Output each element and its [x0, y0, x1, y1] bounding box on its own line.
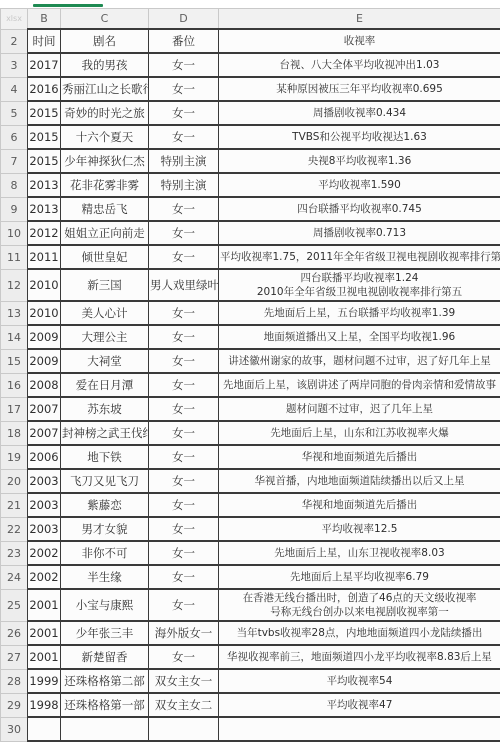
cell-drama-title[interactable]: 花非花雾非雾: [61, 173, 149, 197]
row-number-cell[interactable]: 13: [1, 301, 28, 325]
selection-indicator-bar: [33, 4, 103, 7]
table-row: 7 2015 少年神探狄仁杰 特别主演 央视8平均收视率1.36: [1, 149, 500, 173]
table-row: 15 2009 大祠堂 女一 讲述徽州谢家的故事，题材问题不过审，迟了好几年上星: [1, 349, 500, 373]
cell-billing[interactable]: 女一: [149, 541, 219, 565]
cell-year[interactable]: 2013: [28, 197, 61, 221]
cell-year[interactable]: 1999: [28, 669, 61, 693]
cell-billing[interactable]: 番位: [149, 29, 219, 53]
cell-ratings[interactable]: 平均收视率54: [219, 669, 500, 693]
cell-drama-title[interactable]: 苏东坡: [61, 397, 149, 421]
column-header-b[interactable]: B: [28, 9, 61, 30]
cell-ratings[interactable]: TVBS和公视平均收视达1.63: [219, 125, 500, 149]
row-number-cell[interactable]: 5: [1, 101, 28, 125]
row-number-cell[interactable]: 27: [1, 645, 28, 669]
cell-ratings[interactable]: 四台联播平均收视率0.745: [219, 197, 500, 221]
cell-ratings[interactable]: 题材问题不过审，迟了几年上星: [219, 397, 500, 421]
row-number-cell[interactable]: 14: [1, 325, 28, 349]
cell-billing[interactable]: 女一: [149, 397, 219, 421]
cell-year[interactable]: 2003: [28, 469, 61, 493]
cell-drama-title[interactable]: 美人心计: [61, 301, 149, 325]
table-row: 24 2002 半生缘 女一 先地面后上星平均收视率6.79: [1, 565, 500, 589]
cell-billing[interactable]: 女一: [149, 301, 219, 325]
cell-drama-title[interactable]: 地下铁: [61, 445, 149, 469]
table-row: 20 2003 飞刀又见飞刀 女一 华视首播，内地地面频道陆续播出以后又上星: [1, 469, 500, 493]
cell-year[interactable]: 2017: [28, 53, 61, 77]
cell-year[interactable]: 2002: [28, 565, 61, 589]
cell-billing[interactable]: 女一: [149, 221, 219, 245]
row-number-cell[interactable]: 22: [1, 517, 28, 541]
cell-billing[interactable]: 女一: [149, 125, 219, 149]
cell-drama-title[interactable]: 奇妙的时光之旅: [61, 101, 149, 125]
cell-year[interactable]: 1998: [28, 693, 61, 717]
cell-billing[interactable]: 双女主女二: [149, 693, 219, 717]
row-number-cell[interactable]: 12: [1, 269, 28, 301]
cell-year[interactable]: 2007: [28, 421, 61, 445]
column-header-d[interactable]: D: [149, 9, 219, 30]
cell-year[interactable]: 2013: [28, 173, 61, 197]
table-row: 18 2007 封神榜之武王伐纣 女一 先地面后上星，山东和江苏收视率火爆: [1, 421, 500, 445]
cell-ratings[interactable]: 讲述徽州谢家的故事，题材问题不过审，迟了好几年上星: [219, 349, 500, 373]
cell-billing[interactable]: [149, 717, 219, 741]
cell-drama-title[interactable]: 十六个夏天: [61, 125, 149, 149]
row-number-cell[interactable]: 7: [1, 149, 28, 173]
cell-drama-title[interactable]: 男才女貌: [61, 517, 149, 541]
cell-ratings[interactable]: 收视率: [219, 29, 500, 53]
cell-drama-title[interactable]: 少年张三丰: [61, 621, 149, 645]
table-row: 16 2008 爱在日月潭 女一 先地面后上星，该剧讲述了两岸同胞的骨肉亲情和爱…: [1, 373, 500, 397]
cell-billing[interactable]: 女一: [149, 245, 219, 269]
cell-billing[interactable]: 女一: [149, 325, 219, 349]
row-number-cell[interactable]: 26: [1, 621, 28, 645]
cell-year[interactable]: [28, 717, 61, 741]
cell-year[interactable]: 2012: [28, 221, 61, 245]
cell-year[interactable]: 2009: [28, 349, 61, 373]
table-row: 22 2003 男才女貌 女一 平均收视率12.5: [1, 517, 500, 541]
cell-ratings[interactable]: 平均收视率1.75，2011年全年省级卫视电视剧收视率排行第五: [219, 245, 500, 269]
column-header-row: xlsx B C D E: [1, 9, 500, 30]
cell-billing[interactable]: 女一: [149, 445, 219, 469]
cell-ratings[interactable]: 地面频道播出又上星，全国平均收视1.96: [219, 325, 500, 349]
column-header-e[interactable]: E: [219, 9, 500, 30]
cell-drama-title[interactable]: 小宝与康熙: [61, 589, 149, 621]
table-row: 11 2011 倾世皇妃 女一 平均收视率1.75，2011年全年省级卫视电视剧…: [1, 245, 500, 269]
cell-ratings[interactable]: 华视和地面频道先后播出: [219, 445, 500, 469]
cell-ratings[interactable]: 在香港无线台播出时，创造了46点的天文级收视率 号称无线台创办以来电视剧收视率第…: [219, 589, 500, 621]
row-number-cell[interactable]: 25: [1, 589, 28, 621]
cell-year[interactable]: 2009: [28, 325, 61, 349]
row-number-cell[interactable]: 9: [1, 197, 28, 221]
cell-ratings[interactable]: 四台联播平均收视率1.24 2010年全年省级卫视电视剧收视率排行第五: [219, 269, 500, 301]
row-number-cell[interactable]: 20: [1, 469, 28, 493]
cell-drama-title[interactable]: 倾世皇妃: [61, 245, 149, 269]
cell-billing[interactable]: 女一: [149, 565, 219, 589]
cell-ratings[interactable]: 华视首播，内地地面频道陆续播出以后又上星: [219, 469, 500, 493]
cell-drama-title[interactable]: 还珠格格第二部: [61, 669, 149, 693]
corner-cell[interactable]: xlsx: [1, 9, 28, 30]
cell-year[interactable]: 2003: [28, 493, 61, 517]
table-row: 25 2001 小宝与康熙 女一 在香港无线台播出时，创造了46点的天文级收视率…: [1, 589, 500, 621]
row-number-cell[interactable]: 23: [1, 541, 28, 565]
row-number-cell[interactable]: 4: [1, 77, 28, 101]
cell-drama-title[interactable]: 半生缘: [61, 565, 149, 589]
table-row: 6 2015 十六个夏天 女一 TVBS和公视平均收视达1.63: [1, 125, 500, 149]
table-row: 3 2017 我的男孩 女一 台视、八大全体平均收视冲出1.03: [1, 53, 500, 77]
cell-drama-title[interactable]: 爱在日月潭: [61, 373, 149, 397]
row-number-cell[interactable]: 18: [1, 421, 28, 445]
table-row: 14 2009 大理公主 女一 地面频道播出又上星，全国平均收视1.96: [1, 325, 500, 349]
cell-drama-title[interactable]: 姐姐立正向前走: [61, 221, 149, 245]
row-number-cell[interactable]: 15: [1, 349, 28, 373]
table-row: 29 1998 还珠格格第一部 双女主女二 平均收视率47: [1, 693, 500, 717]
cell-ratings[interactable]: [219, 717, 500, 741]
cell-billing[interactable]: 女一: [149, 349, 219, 373]
cell-billing[interactable]: 女一: [149, 373, 219, 397]
cell-year[interactable]: 2007: [28, 397, 61, 421]
cell-ratings[interactable]: 先地面后上星，五台联播平均收视率1.39: [219, 301, 500, 325]
table-row: 23 2002 非你不可 女一 先地面后上星，山东卫视收视率8.03: [1, 541, 500, 565]
cell-ratings[interactable]: 周播剧收视率0.434: [219, 101, 500, 125]
cell-drama-title[interactable]: 少年神探狄仁杰: [61, 149, 149, 173]
cell-billing[interactable]: 女一: [149, 101, 219, 125]
cell-year[interactable]: 2002: [28, 541, 61, 565]
table-row: 19 2006 地下铁 女一 华视和地面频道先后播出: [1, 445, 500, 469]
cell-ratings[interactable]: 平均收视率47: [219, 693, 500, 717]
table-row: 28 1999 还珠格格第二部 双女主女一 平均收视率54: [1, 669, 500, 693]
row-number-cell[interactable]: 19: [1, 445, 28, 469]
column-header-c[interactable]: C: [61, 9, 149, 30]
cell-ratings[interactable]: 华视收视率前三，地面频道四小龙平均收视率8.83后上星: [219, 645, 500, 669]
cell-billing[interactable]: 女一: [149, 645, 219, 669]
cell-drama-title[interactable]: 剧名: [61, 29, 149, 53]
table-row: 2 时间 剧名 番位 收视率: [1, 29, 500, 53]
cell-drama-title[interactable]: 新三国: [61, 269, 149, 301]
cell-year[interactable]: 2001: [28, 621, 61, 645]
cell-year[interactable]: 2008: [28, 373, 61, 397]
cell-drama-title[interactable]: [61, 717, 149, 741]
row-number-cell[interactable]: 16: [1, 373, 28, 397]
cell-billing[interactable]: 女一: [149, 197, 219, 221]
cell-year[interactable]: 2010: [28, 301, 61, 325]
row-number-cell[interactable]: 8: [1, 173, 28, 197]
cell-billing[interactable]: 女一: [149, 421, 219, 445]
table-row: 26 2001 少年张三丰 海外版女一 当年tvbs收视率28点，内地地面频道四…: [1, 621, 500, 645]
cell-billing[interactable]: 女一: [149, 469, 219, 493]
row-number-cell[interactable]: 10: [1, 221, 28, 245]
row-number-cell[interactable]: 6: [1, 125, 28, 149]
row-number-cell[interactable]: 24: [1, 565, 28, 589]
cell-ratings[interactable]: 先地面后上星平均收视率6.79: [219, 565, 500, 589]
cell-year[interactable]: 2016: [28, 77, 61, 101]
cell-ratings[interactable]: 先地面后上星，该剧讲述了两岸同胞的骨肉亲情和爱情故事: [219, 373, 500, 397]
cell-drama-title[interactable]: 精忠岳飞: [61, 197, 149, 221]
cell-billing[interactable]: 女一: [149, 493, 219, 517]
table-row: 30: [1, 717, 500, 741]
cell-year[interactable]: 时间: [28, 29, 61, 53]
table-row: 9 2013 精忠岳飞 女一 四台联播平均收视率0.745: [1, 197, 500, 221]
cell-drama-title[interactable]: 大理公主: [61, 325, 149, 349]
cell-year[interactable]: 2006: [28, 445, 61, 469]
cell-ratings[interactable]: 台视、八大全体平均收视冲出1.03: [219, 53, 500, 77]
cell-billing[interactable]: 海外版女一: [149, 621, 219, 645]
row-number-cell[interactable]: 30: [1, 717, 28, 741]
cell-year[interactable]: 2015: [28, 101, 61, 125]
cell-ratings[interactable]: 华视和地面频道先后播出: [219, 493, 500, 517]
cell-drama-title[interactable]: 还珠格格第一部: [61, 693, 149, 717]
cell-billing[interactable]: 女一: [149, 77, 219, 101]
cell-billing[interactable]: 女一: [149, 589, 219, 621]
cell-ratings[interactable]: 平均收视率1.590: [219, 173, 500, 197]
cell-year[interactable]: 2001: [28, 645, 61, 669]
cell-billing[interactable]: 男人戏里绿叶: [149, 269, 219, 301]
table-row: 4 2016 秀丽江山之长歌行 女一 某种原因被压三年平均收视率0.695: [1, 77, 500, 101]
table-row: 5 2015 奇妙的时光之旅 女一 周播剧收视率0.434: [1, 101, 500, 125]
cell-year[interactable]: 2011: [28, 245, 61, 269]
table-row: 12 2010 新三国 男人戏里绿叶 四台联播平均收视率1.24 2010年全年…: [1, 269, 500, 301]
row-number-cell[interactable]: 2: [1, 29, 28, 53]
cell-billing[interactable]: 双女主女一: [149, 669, 219, 693]
cell-billing[interactable]: 特别主演: [149, 173, 219, 197]
cell-ratings[interactable]: 当年tvbs收视率28点，内地地面频道四小龙陆续播出: [219, 621, 500, 645]
table-row: 21 2003 紫藤恋 女一 华视和地面频道先后播出: [1, 493, 500, 517]
cell-drama-title[interactable]: 紫藤恋: [61, 493, 149, 517]
cell-ratings[interactable]: 某种原因被压三年平均收视率0.695: [219, 77, 500, 101]
cell-billing[interactable]: 特别主演: [149, 149, 219, 173]
row-number-cell[interactable]: 17: [1, 397, 28, 421]
cell-year[interactable]: 2010: [28, 269, 61, 301]
cell-ratings[interactable]: 周播剧收视率0.713: [219, 221, 500, 245]
cell-drama-title[interactable]: 封神榜之武王伐纣: [61, 421, 149, 445]
row-number-cell[interactable]: 3: [1, 53, 28, 77]
cell-ratings[interactable]: 央视8平均收视率1.36: [219, 149, 500, 173]
table-row: 8 2013 花非花雾非雾 特别主演 平均收视率1.590: [1, 173, 500, 197]
cell-drama-title[interactable]: 非你不可: [61, 541, 149, 565]
cell-year[interactable]: 2003: [28, 517, 61, 541]
table-row: 27 2001 新楚留香 女一 华视收视率前三，地面频道四小龙平均收视率8.83…: [1, 645, 500, 669]
row-number-cell[interactable]: 29: [1, 693, 28, 717]
row-number-cell[interactable]: 28: [1, 669, 28, 693]
cell-ratings[interactable]: 先地面后上星，山东和江苏收视率火爆: [219, 421, 500, 445]
cell-drama-title[interactable]: 秀丽江山之长歌行: [61, 77, 149, 101]
cell-ratings[interactable]: 先地面后上星，山东卫视收视率8.03: [219, 541, 500, 565]
cell-drama-title[interactable]: 大祠堂: [61, 349, 149, 373]
spreadsheet-app-screen: xlsx B C D E 2 时间 剧名 番位 收视率 3 2017 我的男孩 …: [0, 0, 500, 743]
cell-billing[interactable]: 女一: [149, 53, 219, 77]
table-row: 10 2012 姐姐立正向前走 女一 周播剧收视率0.713: [1, 221, 500, 245]
cell-year[interactable]: 2015: [28, 149, 61, 173]
cell-billing[interactable]: 女一: [149, 517, 219, 541]
row-number-cell[interactable]: 11: [1, 245, 28, 269]
cell-drama-title[interactable]: 我的男孩: [61, 53, 149, 77]
spreadsheet-table: xlsx B C D E 2 时间 剧名 番位 收视率 3 2017 我的男孩 …: [0, 8, 500, 742]
cell-ratings[interactable]: 平均收视率12.5: [219, 517, 500, 541]
cell-drama-title[interactable]: 飞刀又见飞刀: [61, 469, 149, 493]
table-row: 13 2010 美人心计 女一 先地面后上星，五台联播平均收视率1.39: [1, 301, 500, 325]
cell-year[interactable]: 2015: [28, 125, 61, 149]
cell-year[interactable]: 2001: [28, 589, 61, 621]
row-number-cell[interactable]: 21: [1, 493, 28, 517]
cell-drama-title[interactable]: 新楚留香: [61, 645, 149, 669]
table-row: 17 2007 苏东坡 女一 题材问题不过审，迟了几年上星: [1, 397, 500, 421]
